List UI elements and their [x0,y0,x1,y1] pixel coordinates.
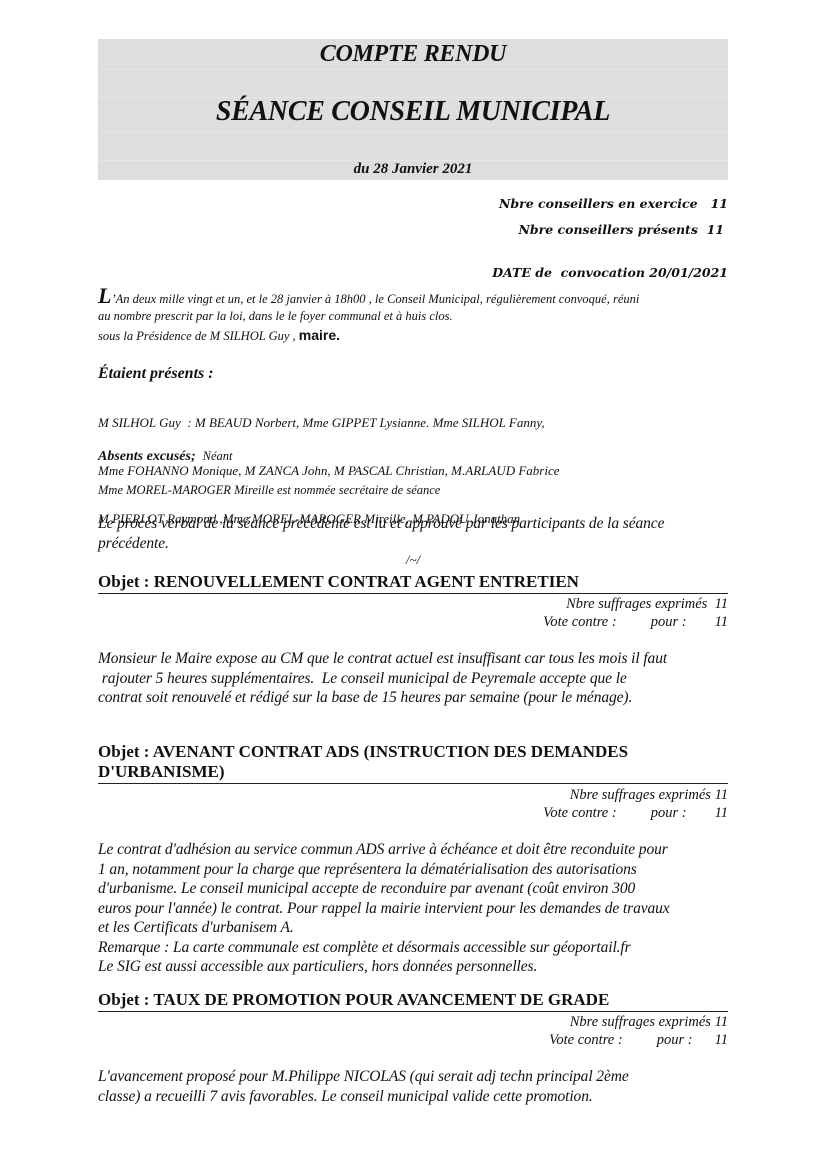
text-line: Remarque : La carte communale est complè… [98,938,738,958]
presents-line: Mme FOHANNO Monique, M ZANCA John, M PAS… [98,463,738,479]
convocation-value: 20/01/2021 [649,265,728,280]
suffrages-label: Nbre suffrages exprimés [570,787,711,803]
intro-text: ’An deux mille vingt et un, et le 28 jan… [111,292,639,306]
text-line: euros pour l'année) le contrat. Pour rap… [98,899,738,919]
intro-paragraph: L’An deux mille vingt et un, et le 28 ja… [98,287,738,346]
pour-label: pour : [657,1032,693,1048]
pour-label: pour : [651,805,687,821]
dropcap: L [98,283,111,308]
separator: /~/ [0,552,826,568]
convocation-date: DATE de convocation 20/01/2021 [492,265,728,280]
document-title: COMPTE RENDU [98,41,728,68]
text-line: L'avancement proposé pour M.Philippe NIC… [98,1067,738,1087]
suffrages-label: Nbre suffrages exprimés [570,1014,711,1030]
header-rule [98,69,728,70]
header-banner: COMPTE RENDU SÉANCE CONSEIL MUNICIPAL du… [98,39,728,180]
text-line: 1 an, notamment pour la charge que repré… [98,860,738,880]
objet-title: Objet : TAUX DE PROMOTION POUR AVANCEMEN… [98,990,728,1012]
text-line: Monsieur le Maire expose au CM que le co… [98,649,738,669]
proces-verbal: Le procès verbal de la séance précédente… [98,514,738,553]
objet-title: Objet : AVENANT CONTRAT ADS (INSTRUCTION… [98,742,728,784]
presents-line: M SILHOL Guy : M BEAUD Norbert, Mme GIPP… [98,415,738,431]
conseillers-presents-label: Nbre conseillers présents [518,222,697,237]
suffrages-row: Nbre suffrages exprimés 11 [468,595,728,613]
objet-text: Le contrat d'adhésion au service commun … [98,840,738,977]
vote-row: Vote contre :pour :11 [468,1031,728,1049]
intro-line-2: au nombre prescrit par la loi, dans le l… [98,307,738,326]
secretary-note: Mme MOREL-MAROGER Mireille est nommée se… [98,483,440,498]
vote-results: Nbre suffrages exprimés 11 Vote contre :… [468,1013,728,1049]
suffrages-value: 11 [715,1014,728,1030]
conseillers-presents: Nbre conseillers présents 11 [518,222,724,237]
vote-row: Vote contre :pour :11 [468,613,728,631]
intro-text: sous la Présidence de M SILHOL Guy , [98,329,296,343]
convocation-label: DATE de convocation [492,265,645,280]
text-line: classe) a recueilli 7 avis favorables. L… [98,1087,738,1107]
objet-text: L'avancement proposé pour M.Philippe NIC… [98,1067,738,1106]
absents: Absents excusés; Néant [98,449,232,465]
session-date: du 28 Janvier 2021 [98,161,728,178]
vote-row: Vote contre :pour :11 [468,804,728,822]
objet-title: Objet : RENOUVELLEMENT CONTRAT AGENT ENT… [98,572,728,594]
vote-results: Nbre suffrages exprimés 11 Vote contre :… [468,786,728,822]
suffrages-row: Nbre suffrages exprimés 11 [468,1013,728,1031]
conseillers-presents-value: 11 [707,222,724,237]
maire-label: maire. [299,327,340,343]
absents-label: Absents excusés; [98,449,196,464]
conseillers-exercice-value: 11 [711,196,728,211]
text-line: Le SIG est aussi accessible aux particul… [98,957,738,977]
pour-value: 11 [715,805,728,821]
text-line: rajouter 5 heures supplémentaires. Le co… [98,669,738,689]
conseillers-exercice: Nbre conseillers en exercice 11 [499,196,728,211]
text-line: contrat soit renouvelé et rédigé sur la … [98,688,738,708]
text-line: et les Certificats d'urbanisem A. [98,918,738,938]
suffrages-row: Nbre suffrages exprimés 11 [468,786,728,804]
contre-label: Vote contre : [543,614,617,630]
vote-results: Nbre suffrages exprimés 11 Vote contre :… [468,595,728,631]
suffrages-value: 11 [715,596,728,612]
conseillers-exercice-label: Nbre conseillers en exercice [499,196,698,211]
contre-label: Vote contre : [543,805,617,821]
presents-heading: Étaient présents : [98,365,214,383]
header-rule [98,132,728,133]
pour-label: pour : [651,614,687,630]
text-line: d'urbanisme. Le conseil municipal accept… [98,879,738,899]
document-page: COMPTE RENDU SÉANCE CONSEIL MUNICIPAL du… [0,0,826,1169]
pour-value: 11 [715,1032,728,1048]
contre-label: Vote contre : [549,1032,623,1048]
intro-line-1: L’An deux mille vingt et un, et le 28 ja… [98,287,738,309]
document-subtitle: SÉANCE CONSEIL MUNICIPAL [98,96,728,128]
absents-value: Néant [203,449,233,463]
intro-line-3: sous la Présidence de M SILHOL Guy , mai… [98,326,738,346]
pour-value: 11 [715,614,728,630]
suffrages-value: 11 [715,787,728,803]
text-line: Le contrat d'adhésion au service commun … [98,840,738,860]
objet-text: Monsieur le Maire expose au CM que le co… [98,649,738,708]
suffrages-label: Nbre suffrages exprimés [566,596,707,612]
